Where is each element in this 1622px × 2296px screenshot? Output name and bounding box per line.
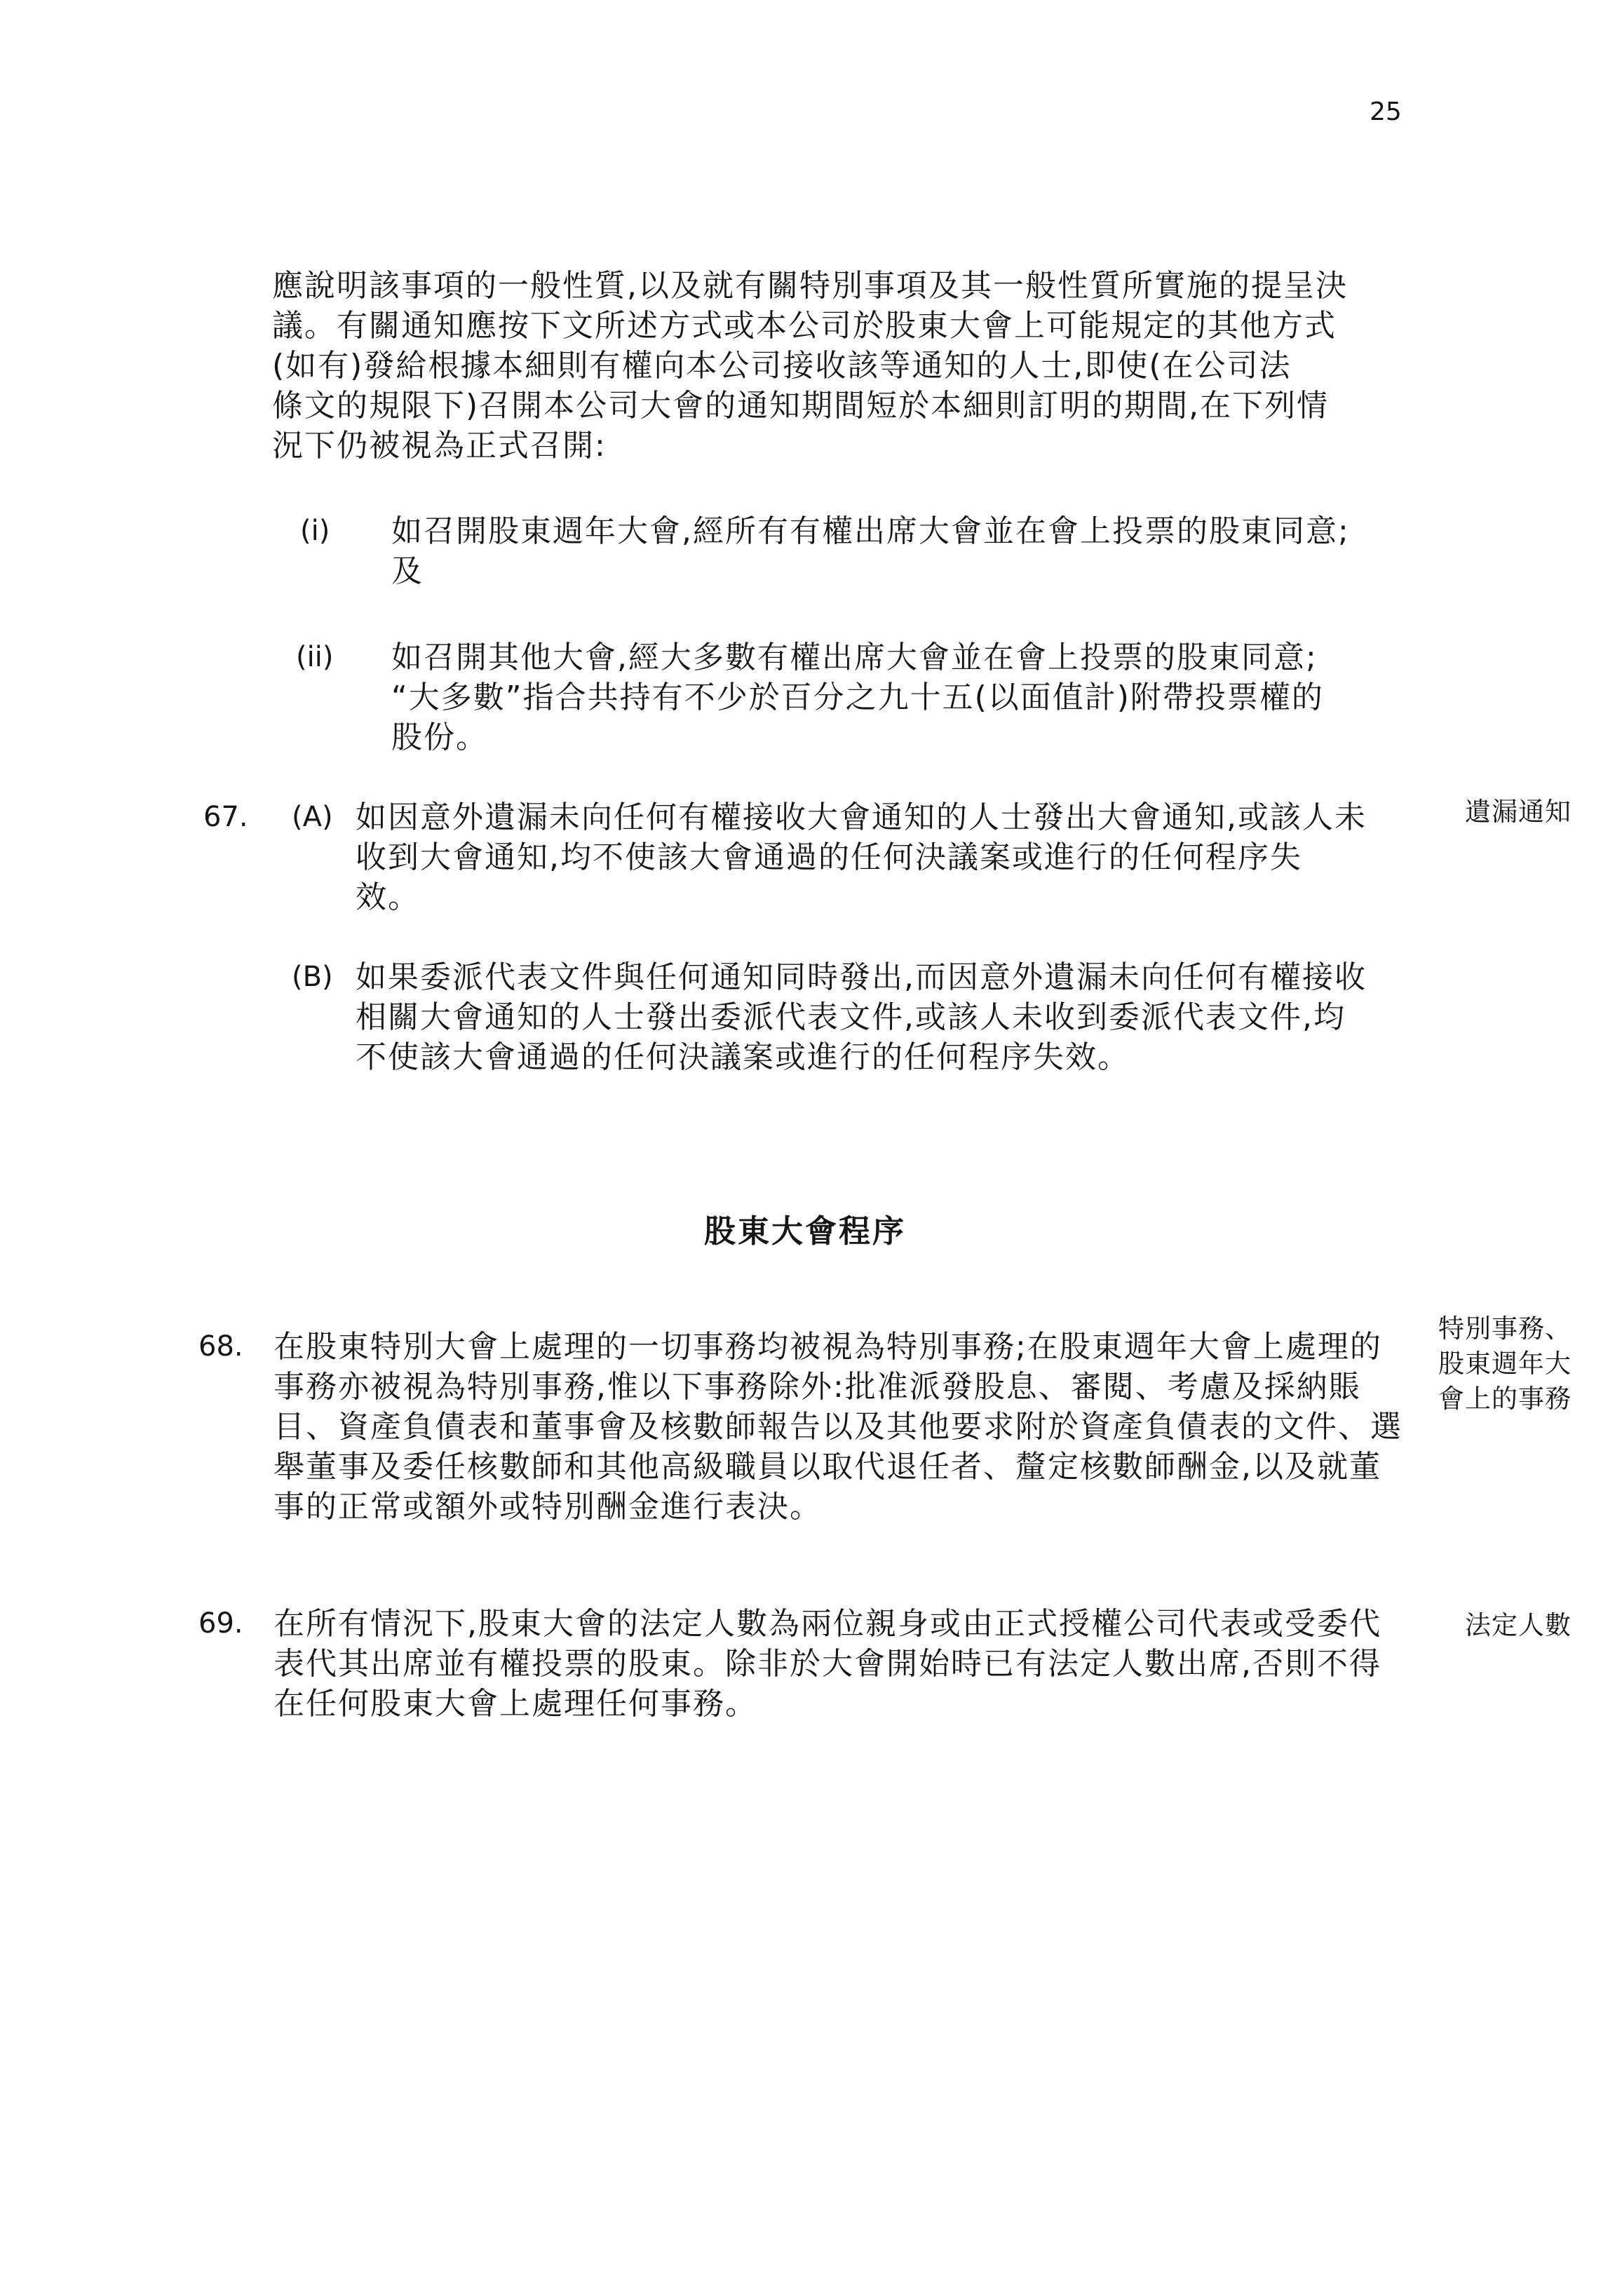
list-item-ii-label: (ii) xyxy=(296,637,333,677)
section-heading: 股東大會程序 xyxy=(241,1211,1370,1251)
page-number: 25 xyxy=(1370,97,1402,128)
clause-68-number: 68. xyxy=(198,1327,243,1367)
clause-69-number: 69. xyxy=(198,1604,243,1644)
intro-paragraph: 應說明該事項的一般性質,以及就有關特別事項及其一般性質所實施的提呈決 議。有關通… xyxy=(272,266,1412,466)
list-item-ii-text: 如召開其他大會,經大多數有權出席大會並在會上投票的股東同意; “大多數”指合共持… xyxy=(391,637,1408,757)
margin-note-special-business: 特別事務、 股東週年大 會上的事務 xyxy=(1438,1311,1572,1417)
list-item-i-label: (i) xyxy=(300,511,330,551)
document-page: 25 應說明該事項的一般性質,以及就有關特別事項及其一般性質所實施的提呈決 議。… xyxy=(0,0,1622,2296)
margin-note-quorum: 法定人數 xyxy=(1465,1608,1572,1643)
clause-67a-label: (A) xyxy=(292,797,333,837)
clause-67a-text: 如因意外遺漏未向任何有權接收大會通知的人士發出大會通知,或該人未 收到大會通知,… xyxy=(356,797,1400,917)
clause-69-text: 在所有情況下,股東大會的法定人數為兩位親身或由正式授權公司代表或受委代 表代其出… xyxy=(273,1604,1413,1724)
clause-67b-text: 如果委派代表文件與任何通知同時發出,而因意外遺漏未向任何有權接收 相關大會通知的… xyxy=(356,957,1400,1077)
clause-67b-label: (B) xyxy=(292,957,333,997)
list-item-i-text: 如召開股東週年大會,經所有有權出席大會並在會上投票的股東同意; 及 xyxy=(391,511,1408,591)
clause-67-number: 67. xyxy=(203,797,248,837)
margin-note-omission-of-notice: 遺漏通知 xyxy=(1465,795,1572,830)
clause-68-text: 在股東特別大會上處理的一切事務均被視為特別事務;在股東週年大會上處理的 事務亦被… xyxy=(273,1327,1413,1527)
